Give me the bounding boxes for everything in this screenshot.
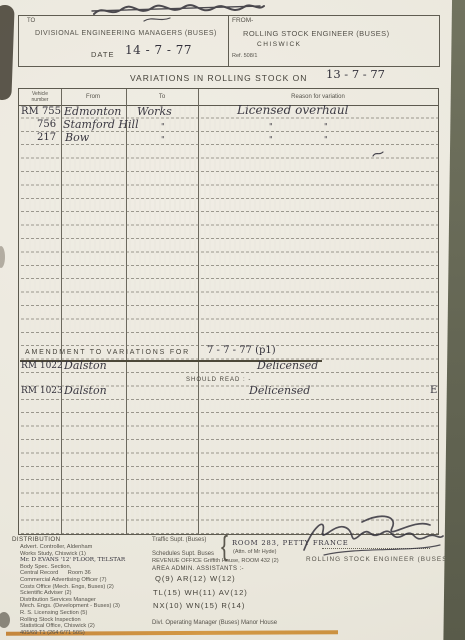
variations-table: Vehicle number From To Reason for variat… [18, 88, 439, 535]
should-read-label: SHOULD READ : - [186, 377, 251, 383]
col-header-reason: Reason for variation [291, 94, 345, 100]
row2-to-ditto: " [161, 122, 165, 131]
sender: ROLLING STOCK ENGINEER (BUSES) [243, 29, 389, 38]
stray-pen-mark [371, 149, 387, 159]
row1-to: Works [137, 105, 172, 118]
document-title: VARIATIONS IN ROLLING STOCK ON [130, 73, 307, 83]
area-admin-line-1: Q(9) AR(12) W(12) [155, 574, 236, 583]
header-box-divider [228, 16, 229, 66]
row3-reason-ditto-a: " [269, 135, 273, 144]
row3-to-ditto: " [161, 135, 165, 144]
revenue-office: REVENUE OFFICE Griffith House, ROOM 432 … [152, 558, 279, 564]
distribution-item: R. S. Licensing Section (5) [20, 610, 154, 617]
reference-number: Ref. 508/1 [232, 53, 257, 59]
schedules-supt: Schedules Supt. Buses [152, 551, 214, 557]
distribution-item: Body Spec. Section, [20, 564, 154, 571]
col-header-from: From [86, 94, 100, 100]
sender-location: CHISWICK [257, 41, 302, 48]
amendment-margin-note: E [430, 385, 437, 396]
distribution-item-handwritten: Mr. D EVANS '12' FLOOR, TELSTAR [20, 557, 154, 564]
amendment-row2-from: Dalston [64, 384, 107, 397]
recipient: DIVISIONAL ENGINEERING MANAGERS (BUSES) [35, 30, 217, 37]
operating-manager: Divl. Operating Manager (Buses) Manor Ho… [152, 620, 277, 626]
row2-from: Stamford Hill [63, 118, 139, 131]
document-title-date: 13 - 7 - 77 [326, 67, 385, 81]
row1-vehicle: RM 755 [21, 106, 61, 117]
scanned-memo-document: TO DIVISIONAL ENGINEERING MANAGERS (BUSE… [0, 0, 465, 640]
distribution-item: Statistical Office, Chiswick (2) [20, 623, 154, 630]
date-value: 14 - 7 - 77 [125, 43, 192, 57]
distribution-item: Advert. Controller, Aldenham [20, 544, 154, 551]
row3-from: Bow [65, 131, 89, 144]
amendment-date: 7 - 7 - 77 (p1) [207, 345, 276, 356]
signature-scrawl [296, 510, 448, 564]
col-header-vehicle-2: number [32, 97, 49, 103]
amendment-row1-reason: Delicensed [257, 359, 318, 372]
area-admin-line-3: NX(10) WN(15) R(14) [153, 601, 245, 610]
traffic-supt: Traffic Supt. (Buses) [152, 537, 206, 543]
row3-vehicle: 217 [37, 132, 56, 143]
amendment-row2-reason: Delicensed [249, 384, 310, 397]
column-line-3 [198, 89, 199, 534]
distribution-item: Rolling Stock Inspection [20, 617, 154, 624]
row3-reason-ditto-b: " [324, 135, 328, 144]
scan-edge-artifact-top-left [0, 5, 15, 101]
distribution-item: Costs Office (Mech. Engs, Buses) (2) [20, 584, 154, 591]
area-admin-title: AREA ADMIN. ASSISTANTS :- [152, 566, 244, 572]
form-reference: 405/69 T1 (264 6/71 50S) [20, 630, 154, 637]
column-line-1 [61, 89, 62, 534]
distribution-block: DISTRIBUTION Advert. Controller, Aldenha… [12, 536, 154, 636]
distribution-item: Distribution Services Manager [20, 597, 154, 604]
col-header-to: To [159, 94, 165, 100]
amendment-row1-from: Dalston [64, 359, 107, 372]
amendment-row2-vehicle: RM 1023 [21, 386, 63, 396]
scan-edge-artifact-left [0, 246, 5, 268]
amendment-row1-vehicle: RM 1022 [21, 361, 63, 371]
row2-reason-ditto-a: " [269, 122, 273, 131]
scan-edge-artifact-bottom-left [0, 612, 10, 628]
date-label: DATE [91, 50, 114, 59]
distribution-item: Works Study, Chiswick (1) [20, 551, 154, 558]
to-label: TO [27, 18, 35, 24]
row1-reason: Licensed overhaul [237, 103, 348, 117]
distribution-item: Scientific Adviser (2) [20, 590, 154, 597]
area-admin-line-2: TL(15) WH(11) AV(12) [153, 588, 248, 597]
distribution-item: Commercial Advertising Officer (7) [20, 577, 154, 584]
from-label: FROM- [232, 17, 253, 24]
schedules-attn: (Attn. of Mr Hyde) [233, 549, 276, 555]
distribution-title: DISTRIBUTION [12, 536, 154, 543]
distribution-item: Central Record Room 36 [20, 570, 154, 577]
table-row-lines [19, 105, 438, 534]
amendment-label: AMENDMENT TO VARIATIONS FOR [25, 349, 190, 356]
column-line-2 [126, 89, 127, 534]
row1-from: Edmonton [64, 105, 121, 118]
row2-vehicle: 756 [37, 119, 56, 130]
memo-header-box: TO DIVISIONAL ENGINEERING MANAGERS (BUSE… [18, 15, 440, 67]
distribution-item: Mech. Engs. (Development - Buses) (3) [20, 603, 154, 610]
row2-reason-ditto-b: " [324, 122, 328, 131]
brace-glyph: { [221, 531, 228, 562]
